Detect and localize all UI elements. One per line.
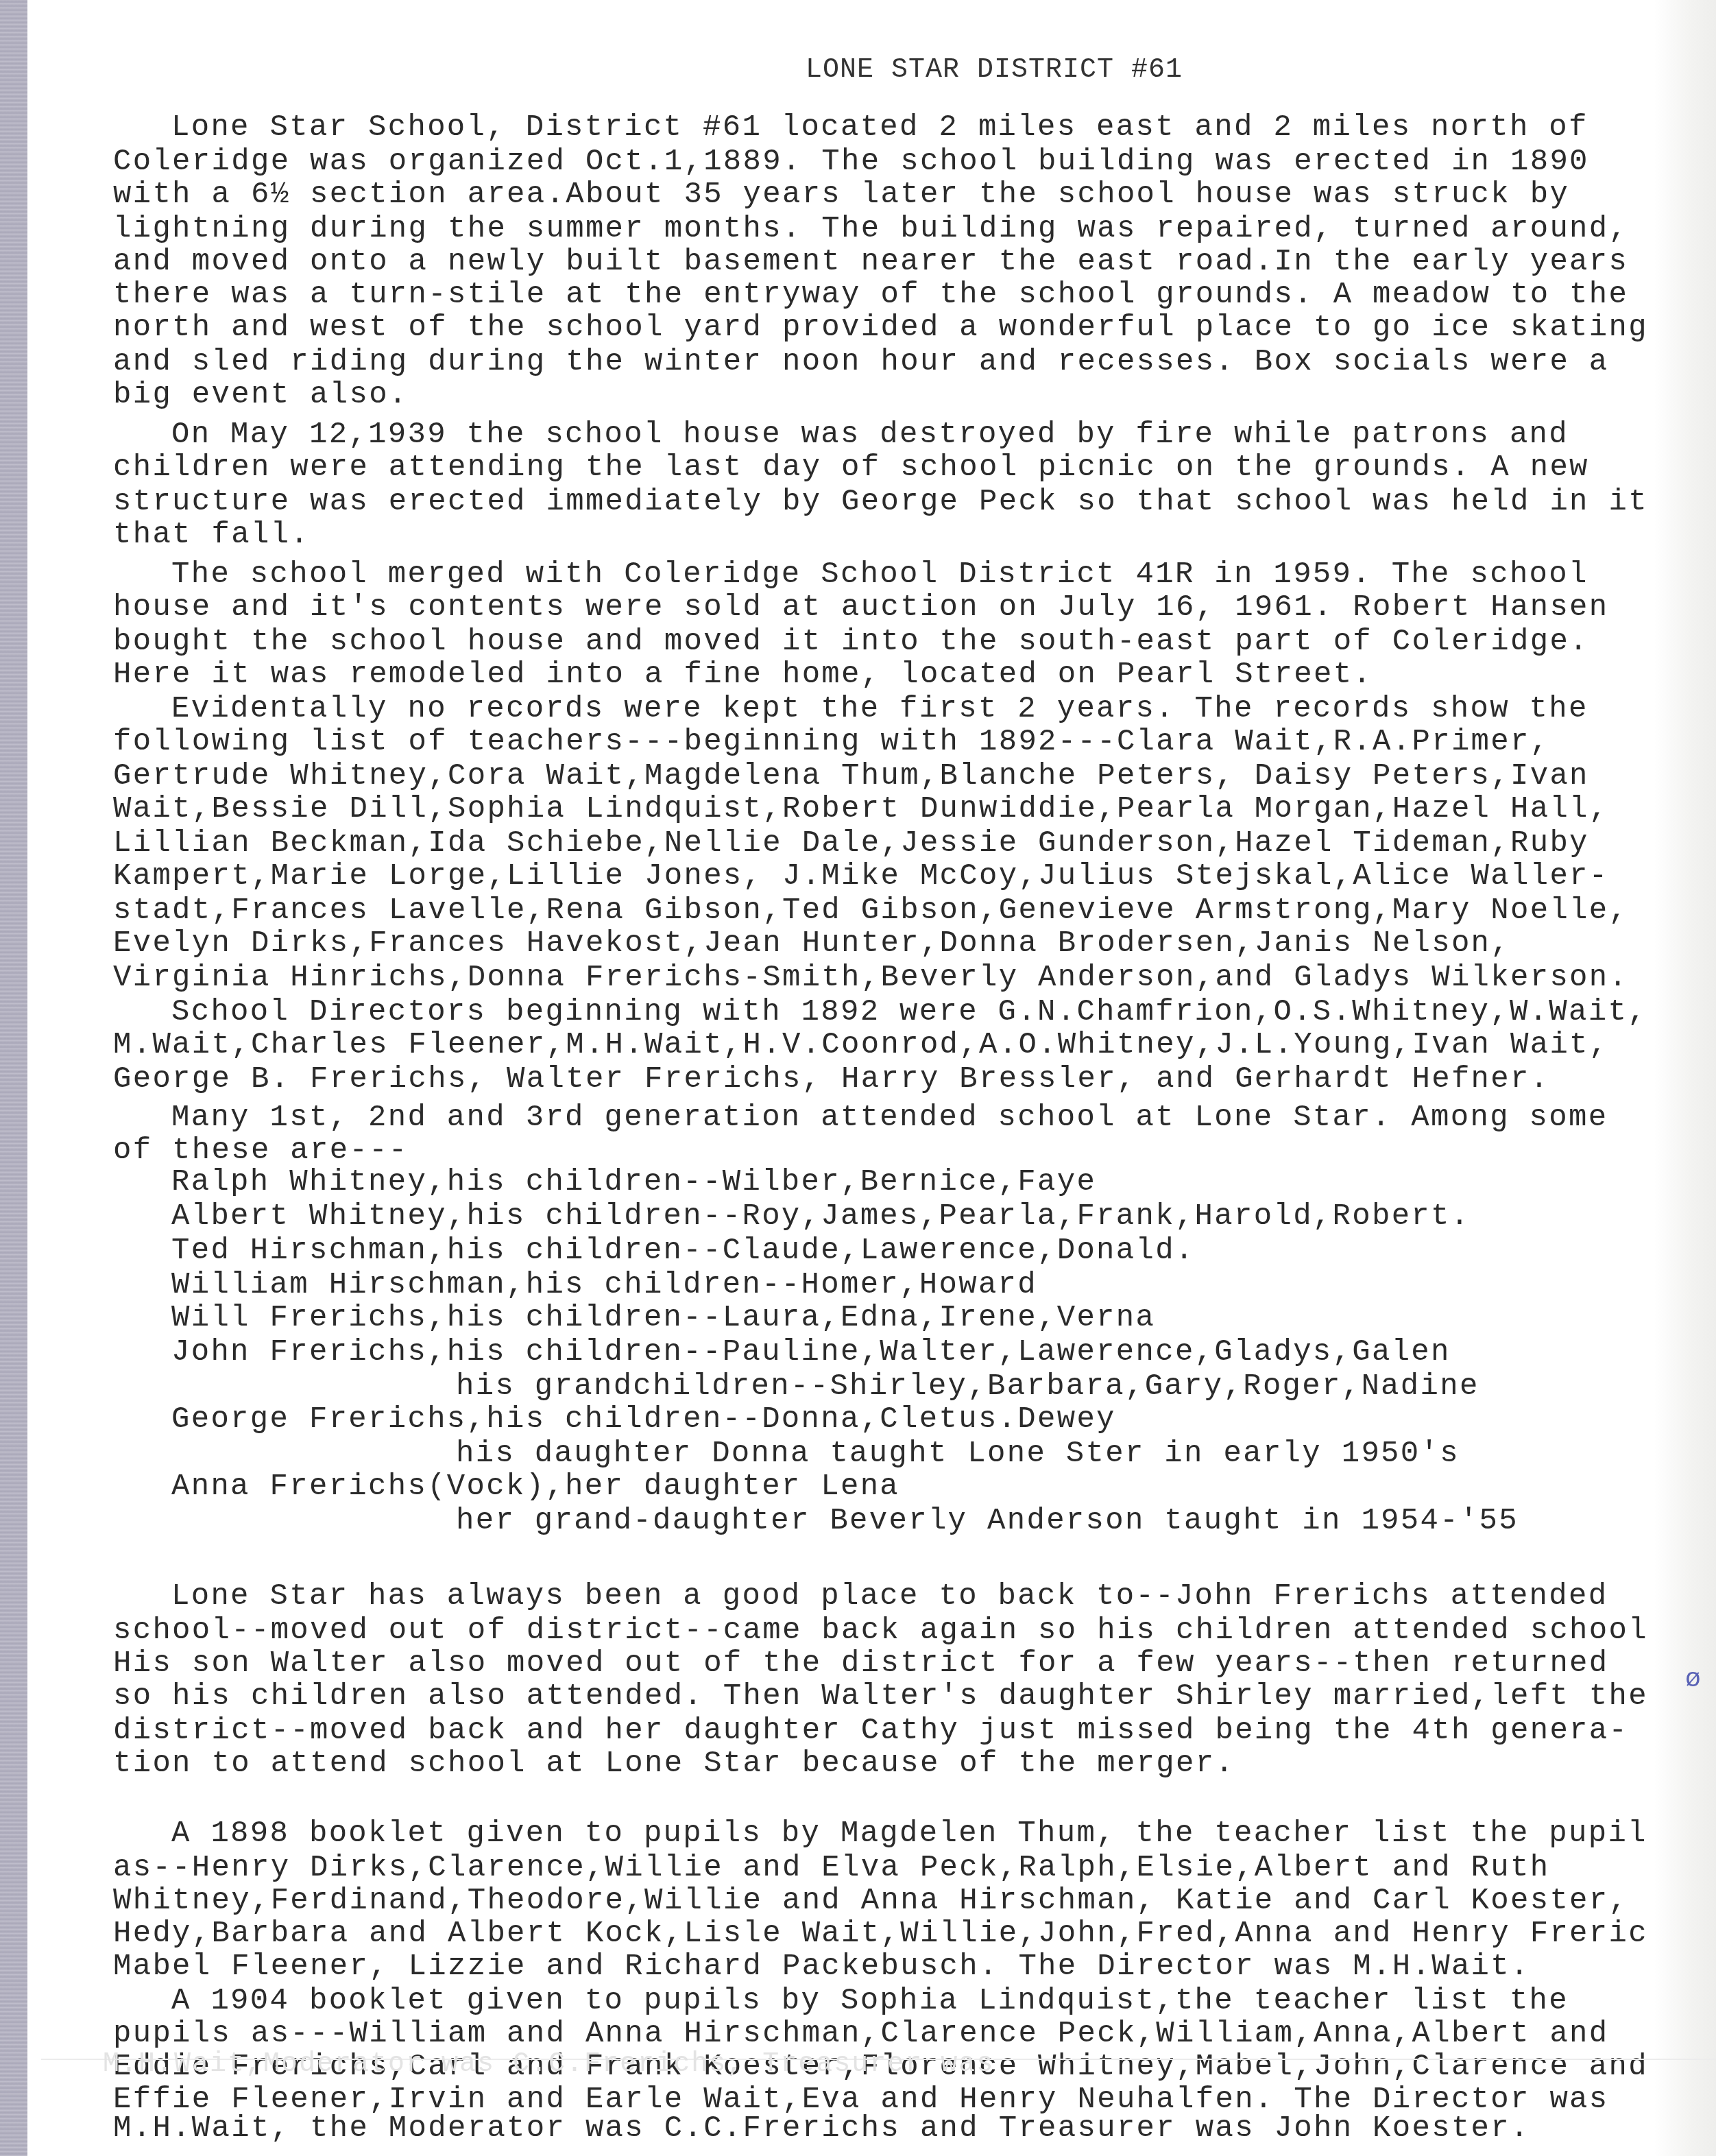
text-line: north and west of the school yard provid… [113,313,1648,343]
text-line: big event also. [113,380,409,410]
text-line: M.Wait,Charles Fleener,M.H.Wait,H.V.Coon… [113,1030,1609,1060]
text-line: and moved onto a newly built basement ne… [113,247,1628,277]
text-line: Wait,Bessie Dill,Sophia Lindquist,Robert… [113,794,1609,824]
text-line: bought the school house and moved it int… [113,627,1589,657]
text-line: George B. Frerichs, Walter Frerichs, Har… [113,1064,1549,1094]
text-line: structure was erected immediately by Geo… [113,487,1648,517]
text-line: Whitney,Ferdinand,Theodore,Willie and An… [113,1886,1628,1916]
text-line: Evelyn Dirks,Frances Havekost,Jean Hunte… [113,929,1510,959]
page-edge-shadow [1654,0,1716,2156]
text-line: and sled riding during the winter noon h… [113,347,1609,377]
text-line: Lone Star School, District #61 located 2… [171,112,1588,143]
text-line: Lone Star has always been a good place t… [171,1581,1608,1612]
text-line: Many 1st, 2nd and 3rd generation attende… [171,1103,1608,1133]
text-line: Virginia Hinrichs,Donna Frerichs-Smith,B… [113,963,1628,993]
text-line: Here it was remodeled into a fine home, … [113,660,1373,690]
text-line: house and it's contents were sold at auc… [113,592,1609,623]
text-line: Coleridge was organized Oct.1,1889. The … [113,147,1589,177]
text-line: pupils as---William and Anna Hirschman,C… [113,2019,1609,2049]
text-line: that fall. [113,520,310,550]
text-line: Kampert,Marie Lorge,Lillie Jones, J.Mike… [113,861,1609,891]
ghosted-overlap-text: M.H.Wait,Moderator was C.C.Frerichs, Tre… [103,2049,994,2080]
text-line: Ralph Whitney,his children--Wilber,Berni… [171,1167,1096,1197]
text-line: On May 12,1939 the school house was dest… [171,420,1569,450]
text-line: Gertrude Whitney,Cora Wait,Magdelena Thu… [113,761,1589,791]
text-line: Albert Whitney,his children--Roy,James,P… [171,1201,1470,1232]
text-line: William Hirschman,his children--Homer,Ho… [171,1270,1037,1300]
text-line: children were attending the last day of … [113,453,1589,483]
text-line: of these are--- [113,1136,409,1166]
text-line: A 1898 booklet given to pupils by Magdel… [171,1819,1647,1849]
text-line: John Frerichs,his children--Pauline,Walt… [171,1337,1451,1367]
text-line: tion to attend school at Lone Star becau… [113,1749,1235,1779]
text-line: Evidentally no records were kept the fir… [171,694,1588,724]
text-line: her grand-daughter Beverly Anderson taug… [456,1506,1519,1536]
text-line: school--moved out of district--came back… [113,1616,1648,1646]
text-line: Mabel Fleener, Lizzie and Richard Packeb… [113,1952,1530,1982]
text-line: The school merged with Coleridge School … [171,560,1588,590]
scan-border-strip [0,0,27,2156]
text-line: A 1904 booklet given to pupils by Sophia… [171,1986,1569,2016]
text-line: as--Henry Dirks,Clarence,Willie and Elva… [113,1853,1549,1883]
text-line: his grandchildren--Shirley,Barbara,Gary,… [456,1372,1479,1402]
text-line: so his children also attended. Then Walt… [113,1681,1648,1712]
text-line: Effie Fleener,Irvin and Earle Wait,Eva a… [113,2085,1609,2115]
text-line: Lillian Beckman,Ida Schiebe,Nellie Dale,… [113,828,1589,859]
text-line: His son Walter also moved out of the dis… [113,1649,1609,1679]
text-line: with a 6½ section area.About 35 years la… [113,180,1569,210]
text-line: School Directors beginning with 1892 wer… [171,997,1647,1027]
text-line: there was a turn-stile at the entryway o… [113,280,1628,310]
text-line: George Frerichs,his children--Donna,Clet… [171,1404,1116,1435]
text-line: Will Frerichs,his children--Laura,Edna,I… [171,1303,1155,1333]
pen-correction-mark: ø [1685,1670,1713,1690]
text-line: M.H.Wait, the Moderator was C.C.Frerichs… [113,2113,1530,2144]
text-line: district--moved back and her daughter Ca… [113,1716,1628,1746]
page-title: LONE STAR DISTRICT #61 [806,55,1183,86]
text-line: stadt,Frances Lavelle,Rena Gibson,Ted Gi… [113,896,1628,926]
text-line: lightning during the summer months. The … [113,214,1628,244]
text-line: Ted Hirschman,his children--Claude,Lawer… [171,1236,1195,1266]
text-line: Anna Frerichs(Vock),her daughter Lena [171,1472,899,1502]
text-line: Hedy,Barbara and Albert Kock,Lisle Wait,… [113,1919,1648,1949]
text-line: his daughter Donna taught Lone Ster in e… [456,1439,1460,1469]
text-line: following list of teachers---beginning w… [113,727,1549,757]
